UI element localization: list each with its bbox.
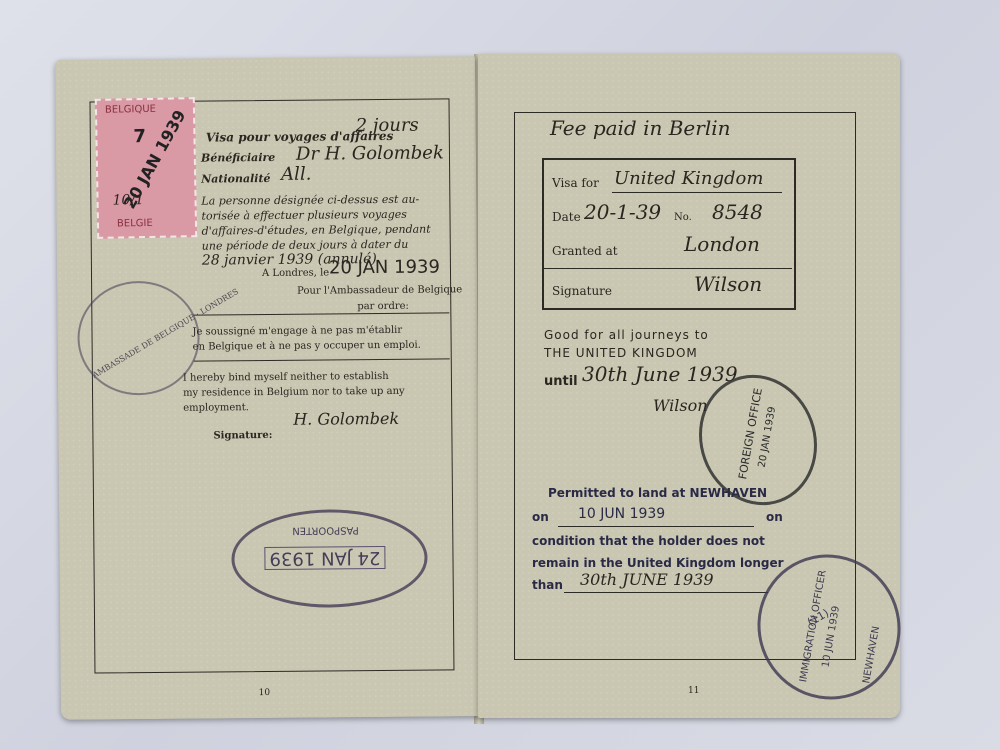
underline	[558, 526, 754, 527]
officer-initials: Wilson	[653, 396, 708, 415]
immigration-place: NEWHAVEN	[861, 625, 882, 684]
until-label: until	[544, 374, 578, 389]
par-ordre: par ordre:	[357, 301, 409, 312]
visa-date-value: 20-1-39	[584, 200, 661, 224]
landing-than-label: than	[532, 578, 563, 592]
holder-signature: H. Golombek	[293, 409, 399, 429]
good-for-line: Good for all journeys to	[544, 326, 709, 344]
revenue-handwritten: 10/1	[112, 192, 144, 209]
revenue-value: 7	[133, 126, 146, 147]
declaration-fr: Je soussigné m'engage à ne pas m'établir…	[192, 323, 420, 355]
condition-line: condition that the holder does not	[532, 530, 784, 552]
visa-for-label: Visa for	[552, 176, 599, 190]
good-for-line: THE UNITED KINGDOM	[544, 344, 709, 362]
visa-no-label: No.	[674, 212, 692, 223]
until-value: 30th June 1939	[582, 362, 738, 386]
passport-stamp-date: 24 JAN 1939	[264, 546, 385, 570]
landing-condition: condition that the holder does not remai…	[532, 530, 784, 574]
granted-at-value: London	[684, 232, 760, 256]
landing-on-label: on	[532, 510, 549, 524]
landing-on-suffix: on	[766, 510, 783, 524]
underline	[564, 592, 768, 593]
signature-label: Signature:	[213, 430, 272, 442]
page-number: 11	[688, 686, 699, 696]
passport-stamp-text: PASPOORTEN	[292, 524, 359, 536]
visa-for-value: United Kingdom	[614, 168, 763, 189]
place-date-label: A Londres, le	[262, 267, 329, 279]
revenue-country-top: BELGIQUE	[105, 104, 156, 116]
decl-en-line: my residence in Belgium nor to take up a…	[183, 384, 405, 401]
revenue-stamp: BELGIQUE 7 20 JAN 1939 10/1 BELGIE	[95, 97, 197, 239]
landing-date: 10 JUN 1939	[578, 506, 665, 522]
landing-than-value: 30th JUNE 1939	[580, 570, 714, 589]
fee-note: Fee paid in Berlin	[550, 116, 731, 140]
ambassador-line: Pour l'Ambassadeur de Belgique	[297, 284, 462, 296]
nationality-value: All.	[281, 164, 311, 185]
revenue-country-bottom: BELGIE	[117, 218, 153, 230]
visa-no-value: 8548	[712, 200, 763, 224]
passport-page-right: Fee paid in Berlin Visa for United Kingd…	[478, 54, 900, 718]
visa-signature-label: Signature	[552, 284, 612, 298]
decl-fr-line: en Belgique et à ne pas y occuper un emp…	[193, 338, 421, 355]
page-number: 10	[259, 688, 271, 698]
granted-at-label: Granted at	[552, 244, 618, 258]
permitted-landing: Permitted to land at NEWHAVEN	[548, 486, 767, 500]
nationality-label: Nationalité	[201, 172, 270, 186]
visa-box: Visa for United Kingdom Date 20-1-39 No.…	[542, 158, 796, 310]
divider	[544, 268, 792, 269]
beneficiary-value: Dr H. Golombek	[296, 142, 444, 164]
date-stamp: 20 JAN 1939	[329, 256, 440, 278]
beneficiary-label: Bénéficiaire	[201, 151, 275, 165]
good-for-text: Good for all journeys to THE UNITED KING…	[544, 326, 709, 362]
underline	[612, 192, 782, 193]
visa-date-label: Date	[552, 210, 581, 224]
visa-signature-value: Wilson	[694, 272, 762, 296]
